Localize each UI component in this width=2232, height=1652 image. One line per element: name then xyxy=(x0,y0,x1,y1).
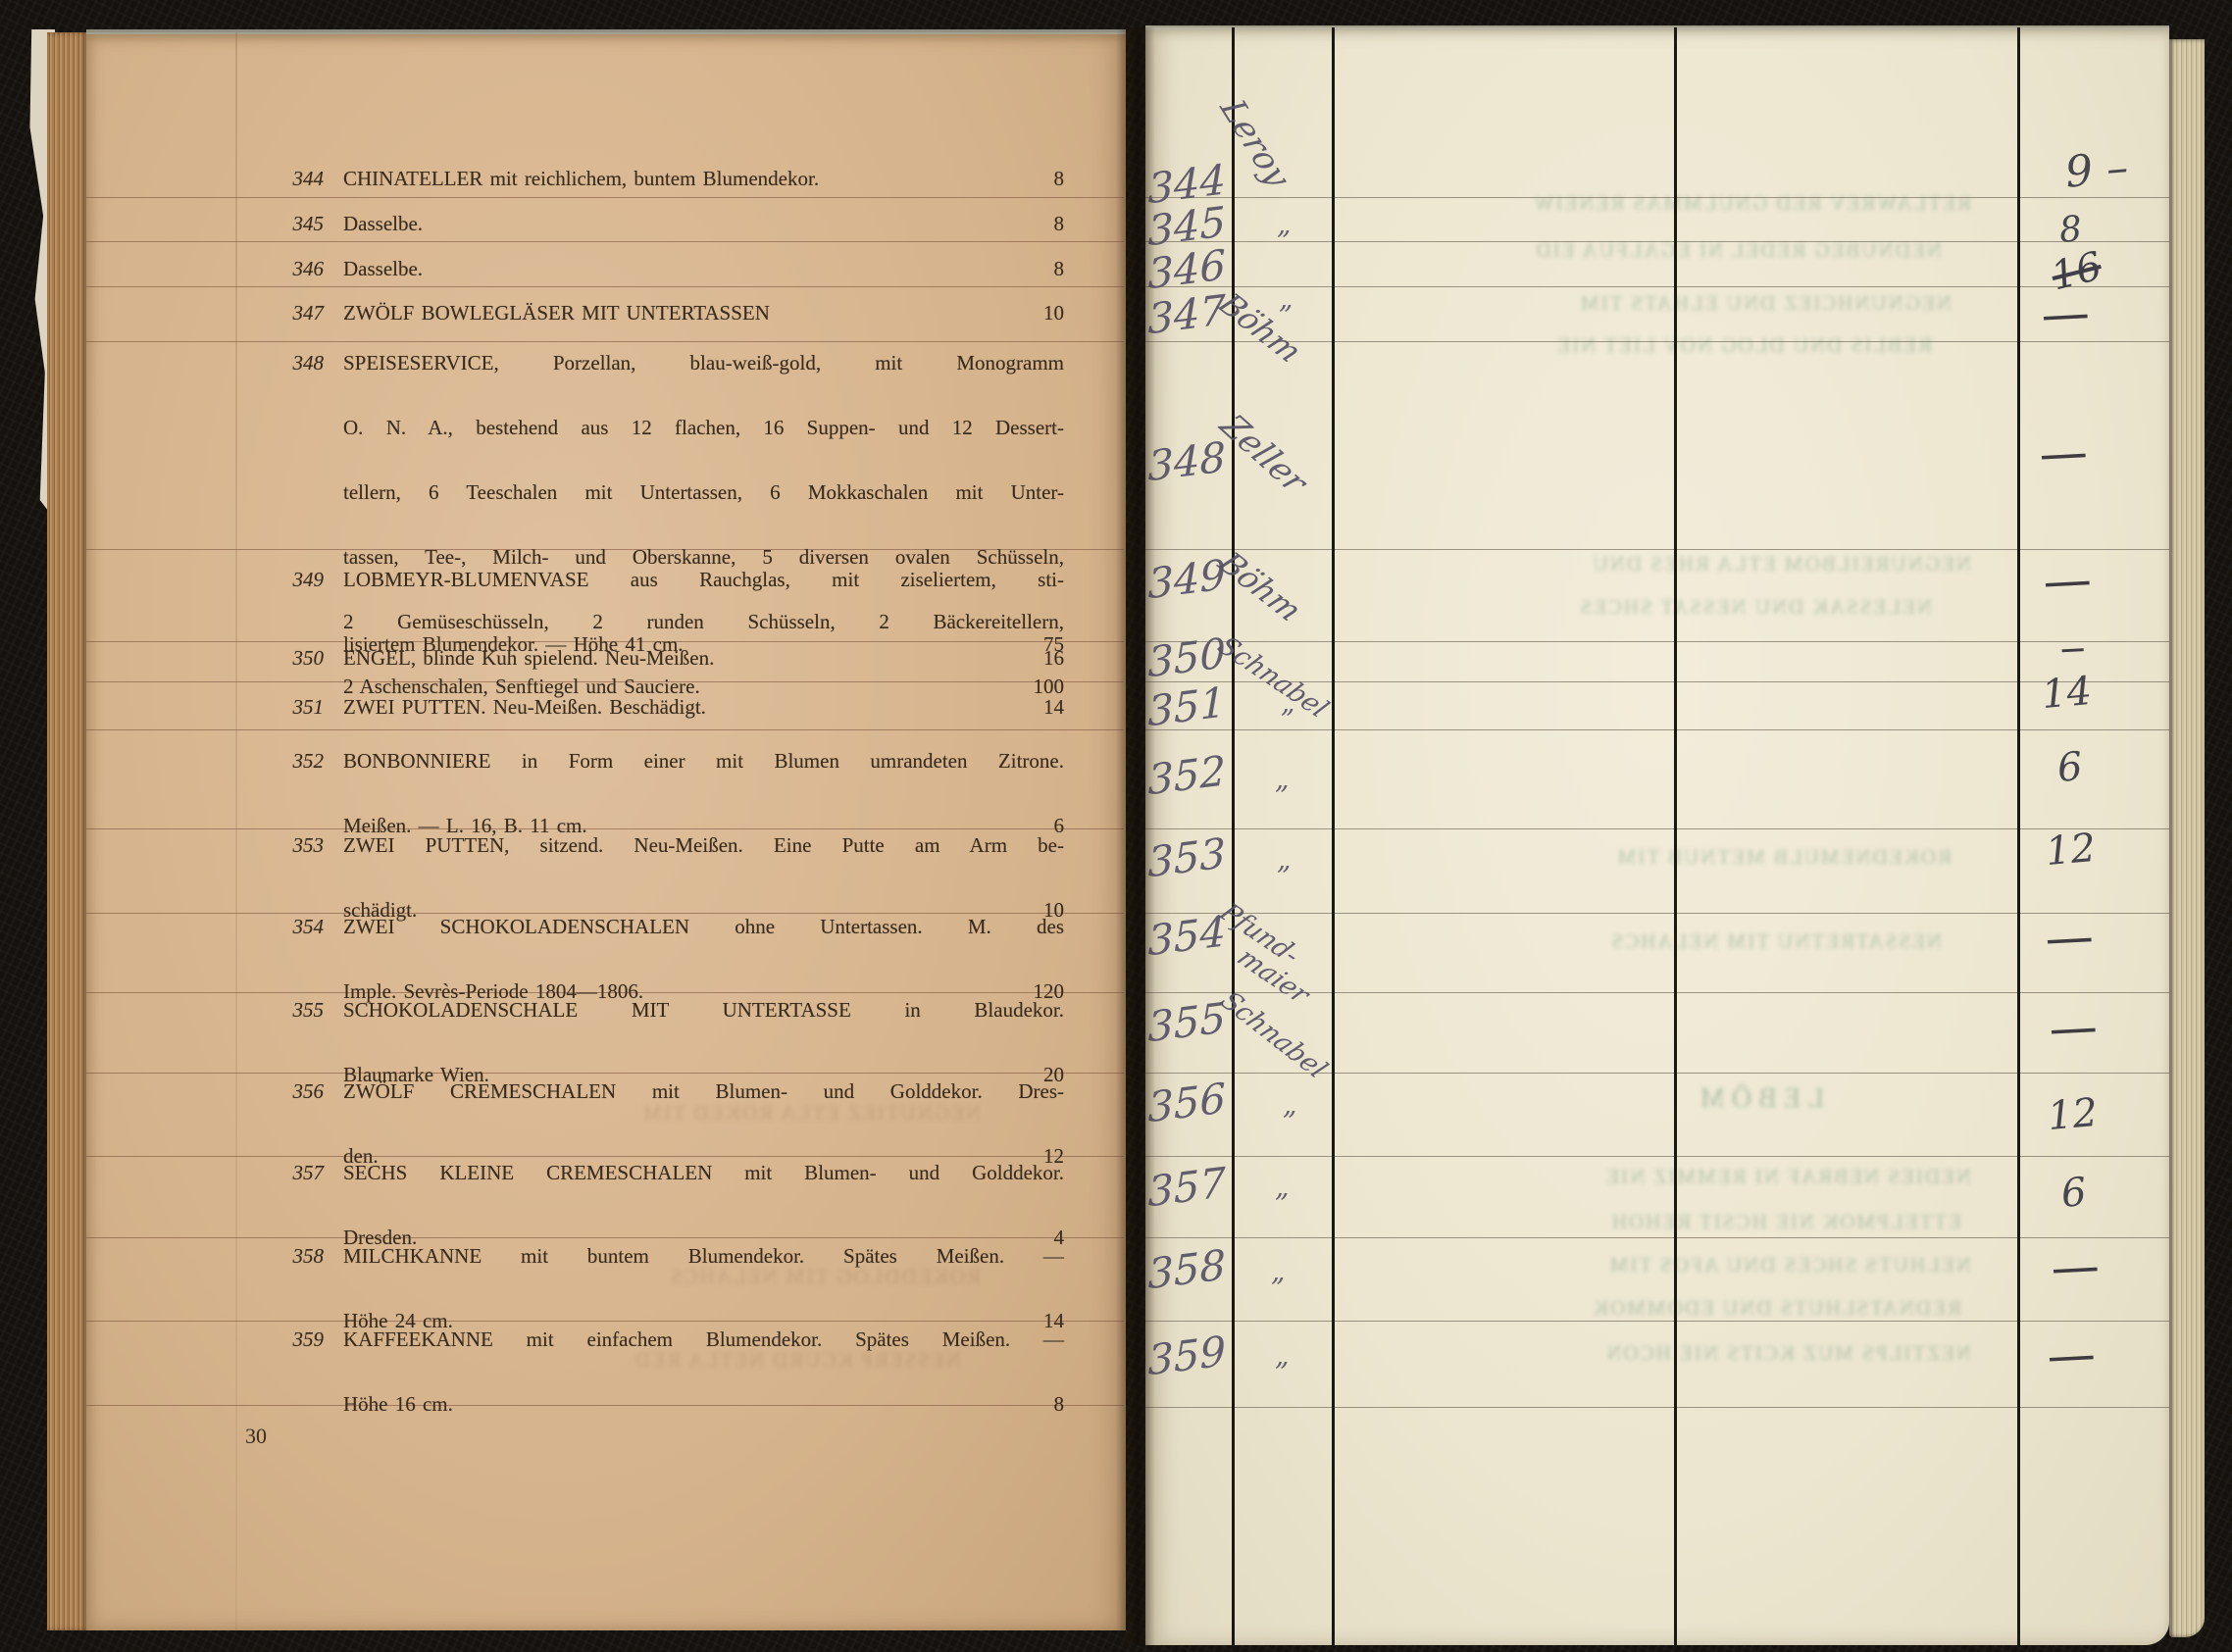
catalog-entry: 345 Dasselbe.8 xyxy=(226,208,1064,240)
lot-number: 354 xyxy=(226,911,324,943)
ledger-price: 9 – xyxy=(2063,142,2130,197)
page-stack-fore-edge xyxy=(47,32,88,1630)
row-separator xyxy=(1145,1156,2169,1157)
scanned-auction-catalog: NEGNUTIEZ ETLA ROKED TIM ROKEDDLOG TIM N… xyxy=(0,0,2232,1652)
ledger-price: 6 xyxy=(2055,744,2084,791)
entry-text-line: ENGEL, blinde Kuh spielend. Neu-Meißen. xyxy=(343,646,714,670)
ledger-lot-number: 359 xyxy=(1147,1327,1230,1384)
row-separator xyxy=(1145,1407,2169,1408)
entry-text-line: tellern, 6 Teeschalen mit Untertassen, 6… xyxy=(343,476,1064,541)
row-separator xyxy=(86,341,1124,342)
entry-price: 14 xyxy=(1043,691,1064,724)
ledger-lot-number: 353 xyxy=(1147,828,1230,886)
entry-text-line: O. N. A., bestehend aus 12 flachen, 16 S… xyxy=(343,412,1064,476)
catalog-entry: 347 ZWÖLF BOWLEGLÄSER MIT UNTERTASSEN10 xyxy=(226,297,1064,329)
page-number: 30 xyxy=(245,1424,267,1449)
column-rule xyxy=(1232,27,1235,1645)
ledger-lot-number: 349 xyxy=(1147,550,1230,608)
row-separator xyxy=(1145,286,2169,287)
row-separator xyxy=(86,197,1124,198)
bleed-through-text: REBLIS DNU DLOG NOV LIET NIE xyxy=(1402,333,1932,358)
catalog-entry: 350 ENGEL, blinde Kuh spielend. Neu-Meiß… xyxy=(226,642,1064,675)
bleed-through-text: ETTELPMOK NIE HCSIT REHOH xyxy=(1373,1210,1961,1234)
entry-price: 8 xyxy=(1054,163,1065,195)
ledger-lot-number: 355 xyxy=(1147,993,1230,1051)
lot-number: 351 xyxy=(226,691,324,724)
ledger-price: — xyxy=(2040,297,2088,334)
bleed-through-text: NESSATRETNU TIM NELAHCS xyxy=(1373,929,1942,954)
row-separator xyxy=(86,241,1124,242)
lot-number: 349 xyxy=(226,564,324,596)
ditto-mark: „ xyxy=(1283,1088,1297,1121)
entry-text-line: SCHOKOLADENSCHALE MIT UNTERTASSE in Blau… xyxy=(343,994,1064,1059)
bleed-through-text: NEGNUNHCIEZ DNU ELHATS TIM xyxy=(1363,291,1952,316)
row-separator xyxy=(1145,1237,2169,1238)
lot-number: 353 xyxy=(226,829,324,862)
catalog-entry: 359 KAFFEEKANNE mit einfachem Blumendeko… xyxy=(226,1324,1064,1421)
bleed-through-text: RETLAWREV RED GNULMMAS RENEIW xyxy=(1363,191,1971,216)
right-page xyxy=(1145,27,2169,1645)
left-page-top-edge xyxy=(86,29,1126,34)
lot-number: 355 xyxy=(226,994,324,1026)
catalog-entry: 344 CHINATELLER mit reichlichem, buntem … xyxy=(226,163,1064,195)
entry-text-line: LOBMEYR-BLUMENVASE aus Rauchglas, mit zi… xyxy=(343,564,1064,628)
entry-text-line: MILCHKANNE mit buntem Blumendekor. Späte… xyxy=(343,1240,1064,1305)
ledger-lot-number: 352 xyxy=(1147,746,1230,804)
ledger-lot-number: 356 xyxy=(1147,1074,1230,1131)
row-separator xyxy=(1145,828,2169,829)
ledger-price: — xyxy=(2044,921,2092,958)
lot-number: 345 xyxy=(226,208,324,240)
entry-text-line: ZWÖLF BOWLEGLÄSER MIT UNTERTASSEN xyxy=(343,301,770,325)
bleed-through-text: LEBÖM xyxy=(1569,1083,1824,1115)
catalog-entry: 352 BONBONNIERE in Form einer mit Blumen… xyxy=(226,745,1064,842)
bleed-through-text: NELESSAK DNU NESSAT SHCES xyxy=(1402,595,1932,620)
ledger-price: — xyxy=(2048,1011,2096,1048)
lot-number: 346 xyxy=(226,253,324,285)
ditto-mark: „ xyxy=(1277,208,1292,240)
entry-text-line: SECHS KLEINE CREMESCHALEN mit Blumen- un… xyxy=(343,1157,1064,1222)
bleed-through-text: ROKEDNEMULB METNUB TIM xyxy=(1363,845,1952,870)
ledger-price: 6 xyxy=(2059,1170,2088,1217)
bleed-through-text: NEDIES NEBRAF NI REMMIZ NIE xyxy=(1363,1165,1971,1189)
ditto-mark: „ xyxy=(1281,686,1295,719)
ledger-lot-number: 351 xyxy=(1147,677,1230,735)
ledger-price: — xyxy=(2038,436,2086,474)
entry-text-line: ZWÖLF CREMESCHALEN mit Blumen- und Goldd… xyxy=(343,1076,1064,1140)
row-separator xyxy=(86,729,1124,730)
ledger-price: — xyxy=(2059,633,2084,663)
bleed-through-text: NELHUTS SHCES DNU AFOS TIM xyxy=(1363,1253,1971,1277)
entry-text-line: CHINATELLER mit reichlichem, buntem Blum… xyxy=(343,167,819,190)
entry-price: 8 xyxy=(1054,208,1065,240)
ditto-mark: „ xyxy=(1275,763,1290,795)
row-separator xyxy=(1145,729,2169,730)
ditto-mark: „ xyxy=(1275,1339,1290,1372)
row-separator xyxy=(1145,549,2169,550)
entry-text-line: ZWEI PUTTEN. Neu-Meißen. Beschädigt. xyxy=(343,695,706,719)
ditto-mark: „ xyxy=(1279,282,1294,315)
entry-text-line: KAFFEEKANNE mit einfachem Blumendekor. S… xyxy=(343,1324,1064,1388)
entry-price: 8 xyxy=(1054,253,1065,285)
lot-number: 350 xyxy=(226,642,324,675)
column-rule xyxy=(1332,27,1335,1645)
ditto-mark: „ xyxy=(1271,1255,1286,1287)
entry-price: 10 xyxy=(1043,297,1064,329)
lot-number: 356 xyxy=(226,1076,324,1108)
entry-price: 16 xyxy=(1043,642,1064,675)
bleed-through-text: NEGNUREILBOM ETLA RHES DNU xyxy=(1363,552,1971,576)
row-separator xyxy=(1145,1321,2169,1322)
lot-number: 358 xyxy=(226,1240,324,1273)
entry-text-line: ZWEI PUTTEN, sitzend. Neu-Meißen. Eine P… xyxy=(343,829,1064,894)
row-separator xyxy=(1145,641,2169,642)
ledger-lot-number: 358 xyxy=(1147,1240,1230,1298)
entry-price: 8 xyxy=(1054,1388,1065,1421)
row-separator xyxy=(1145,913,2169,914)
row-separator xyxy=(1145,197,2169,198)
ledger-price: 12 xyxy=(2044,826,2098,875)
right-page-top-edge xyxy=(1145,25,2169,30)
catalog-entry: 346 Dasselbe.8 xyxy=(226,253,1064,285)
ledger-price: 12 xyxy=(2046,1090,2100,1139)
ditto-mark: „ xyxy=(1275,1171,1290,1203)
entry-text-line: Dasselbe. xyxy=(343,212,423,235)
lot-number: 357 xyxy=(226,1157,324,1189)
lot-number: 348 xyxy=(226,347,324,379)
entry-text-line: ZWEI SCHOKOLADENSCHALEN ohne Untertassen… xyxy=(343,911,1064,976)
ledger-price: — xyxy=(2050,1250,2098,1287)
ledger-price: — xyxy=(2046,1338,2094,1376)
bleed-through-text: REDNATSLHUTS DNU EDOMMOK xyxy=(1373,1296,1961,1321)
column-rule xyxy=(2017,27,2020,1645)
ledger-price: 14 xyxy=(2040,669,2094,718)
entry-text-line: BONBONNIERE in Form einer mit Blumen umr… xyxy=(343,745,1064,810)
ledger-lot-number: 348 xyxy=(1147,432,1230,490)
lot-number: 352 xyxy=(226,745,324,777)
ledger-price: — xyxy=(2042,564,2090,601)
lot-number: 359 xyxy=(226,1324,324,1356)
lot-number: 344 xyxy=(226,163,324,195)
lot-number: 347 xyxy=(226,297,324,329)
page-stack-right-edge xyxy=(2169,39,2205,1637)
ledger-lot-number: 357 xyxy=(1147,1158,1230,1216)
entry-text-line: Dasselbe. xyxy=(343,257,423,280)
row-separator xyxy=(86,286,1124,287)
row-separator xyxy=(1145,241,2169,242)
book-gutter-shadow xyxy=(1116,27,1155,1645)
bleed-through-text: NEZTILPS MUZ KCITS NIE HCON xyxy=(1363,1341,1971,1366)
ditto-mark: „ xyxy=(1277,843,1292,876)
column-rule xyxy=(1674,27,1677,1645)
ledger-price: 8 xyxy=(2057,209,2083,251)
entry-text-line: Höhe 16 cm. xyxy=(343,1392,453,1416)
entry-text-line: SPEISESERVICE, Porzellan, blau-weiß-gold… xyxy=(343,347,1064,412)
catalog-entry: 351 ZWEI PUTTEN. Neu-Meißen. Beschädigt.… xyxy=(226,691,1064,724)
